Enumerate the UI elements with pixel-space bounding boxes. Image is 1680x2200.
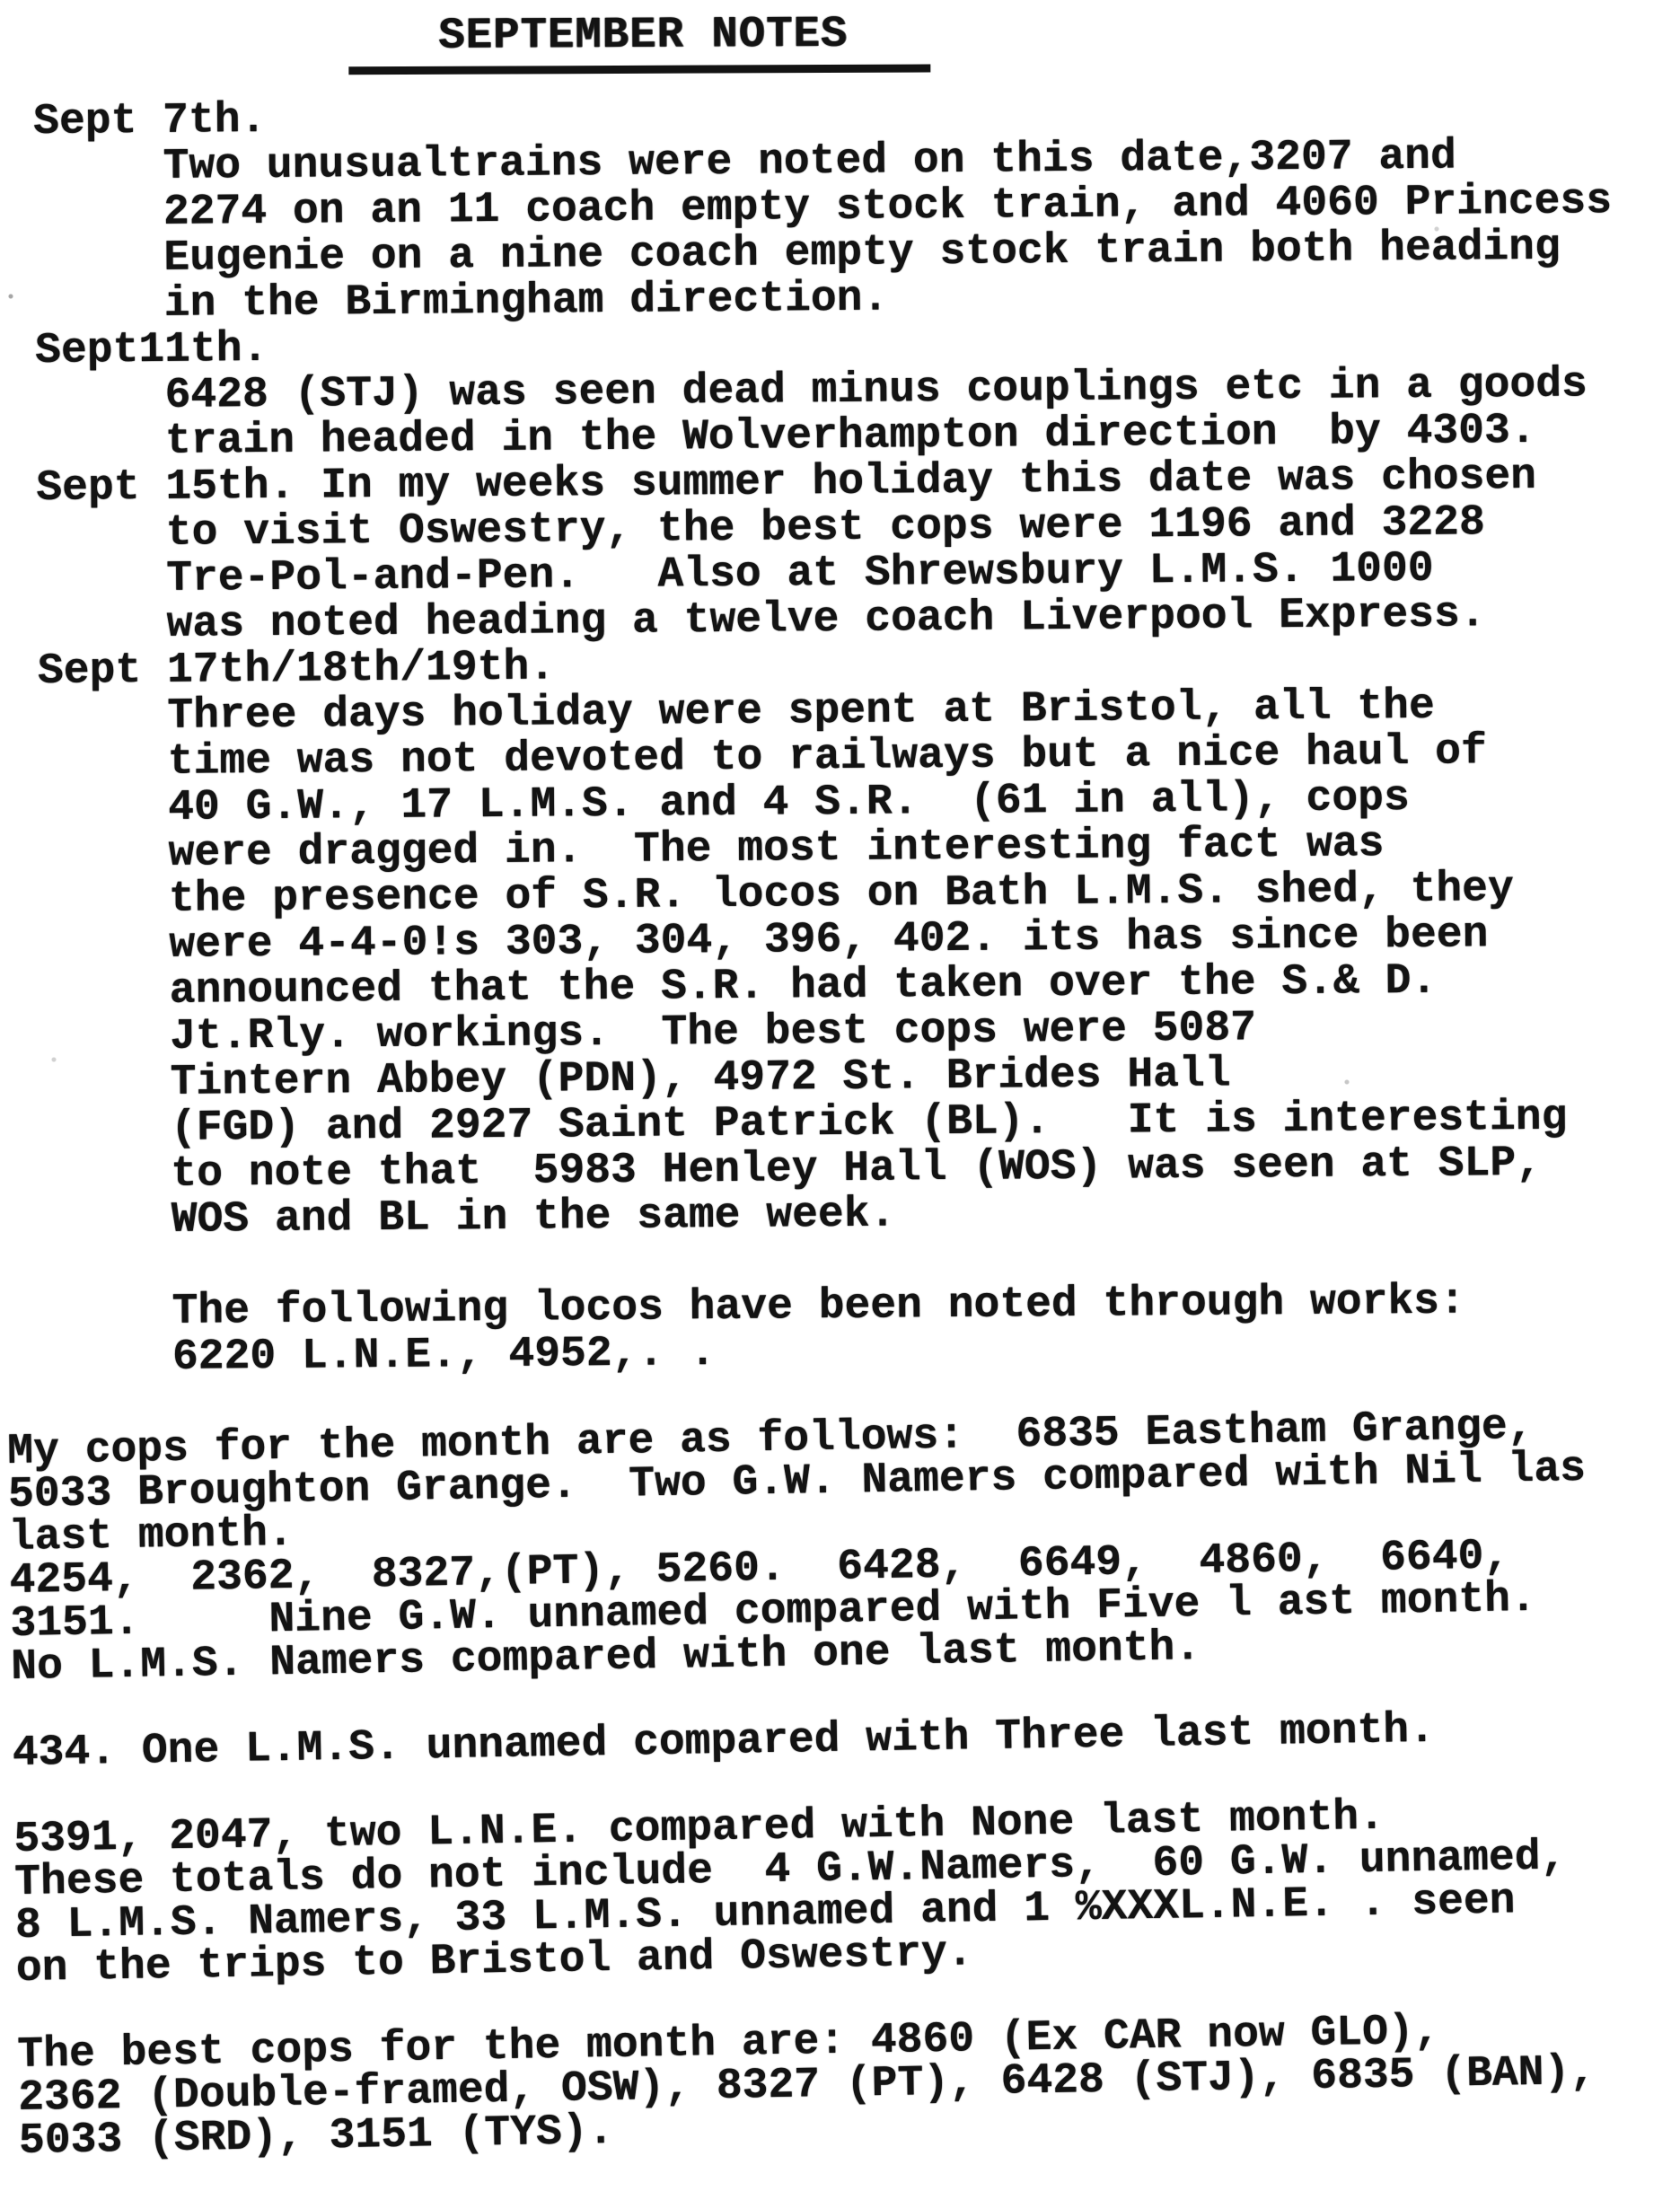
monthly-summary: My cops for the month are as follows: 68… bbox=[7, 1403, 1680, 2163]
notes-body: Sept 7th. Two unusualtrains were noted o… bbox=[33, 87, 1680, 1382]
header: SEPTEMBER NOTES bbox=[0, 0, 1680, 76]
typewritten-notes-page: SEPTEMBER NOTES Sept 7th. Two unusualtra… bbox=[0, 0, 1680, 2200]
text-line: 6220 L.N.E., 4952,. . bbox=[43, 1324, 1680, 1382]
document-title: SEPTEMBER NOTES bbox=[348, 10, 930, 75]
